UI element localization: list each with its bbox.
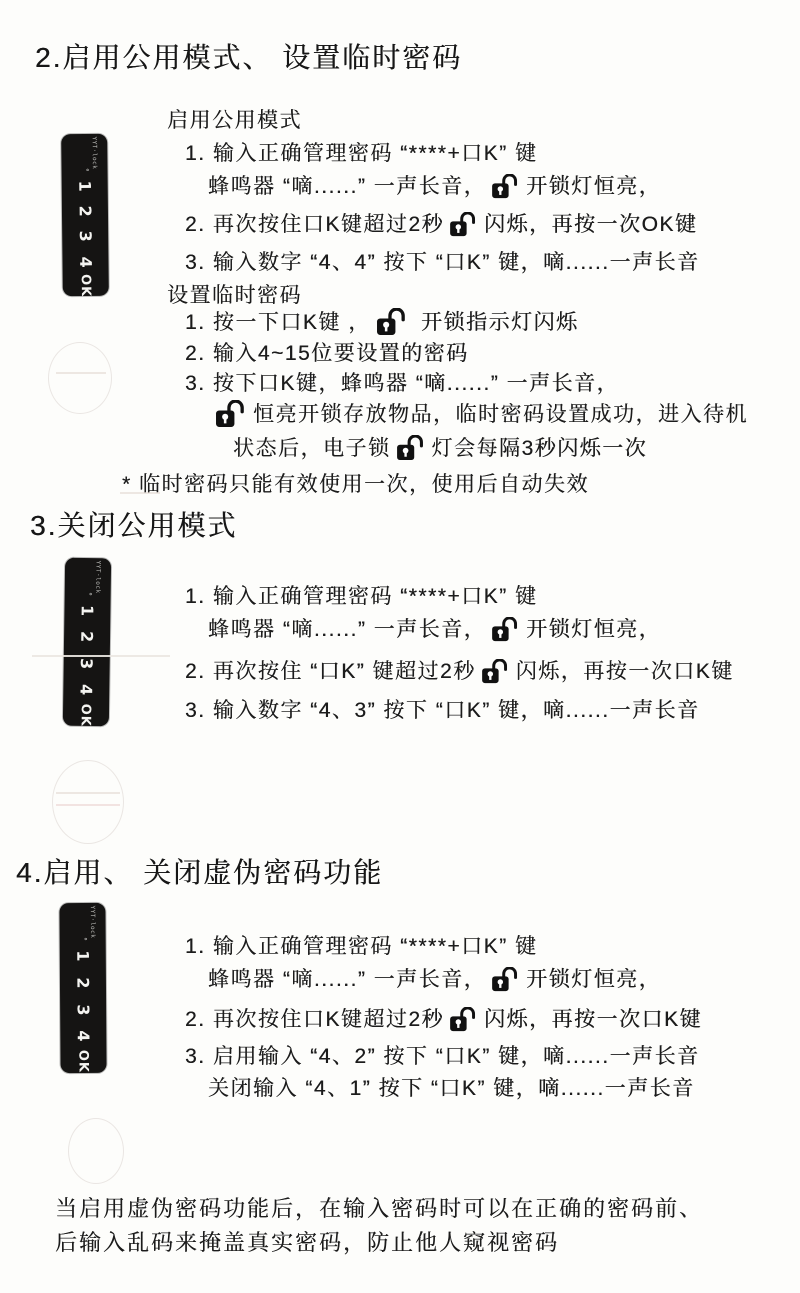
unlock-icon (215, 400, 248, 428)
instruction-line: 2. 再次按住口K键超过2秒 闪烁，再按一次口K键 (185, 1003, 702, 1033)
instruction-line: 2. 再次按住口K键超过2秒 闪烁，再按一次OK键 (185, 208, 697, 238)
instruction-line: 3. 输入数字 “4、4” 按下 “口K” 键，嘀......一声长音 (185, 246, 700, 276)
unlock-icon (491, 174, 521, 199)
instruction-line: 1. 输入正确管理密码 “****+口K” 键 (185, 137, 537, 167)
keypad-dot: ° (79, 937, 87, 940)
keypad-key-ok: OK (75, 274, 96, 297)
subheading-set-temp-password: 设置临时密码 (167, 279, 302, 309)
keypad-key-4: 4 (70, 1031, 97, 1043)
keypad-brand-text: YYT·lock (75, 560, 101, 593)
instruction-line: 3. 启用输入 “4、2” 按下 “口K” 键，嘀......一声长音 (185, 1040, 700, 1070)
keypad-strip: YYT·lock ° 1 2 3 4 OK (61, 134, 109, 296)
instruction-line: 3. 输入数字 “4、3” 按下 “口K” 键，嘀......一声长音 (185, 694, 700, 724)
instruction-line: 1. 输入正确管理密码 “****+口K” 键 (185, 580, 537, 610)
unlock-icon (491, 617, 521, 642)
scan-artifact (56, 372, 106, 374)
instruction-line: 状态后，电子锁 灯会每隔3秒闪烁一次 (233, 432, 647, 462)
keypad-key-4: 4 (73, 256, 98, 268)
keypad-key-ok: OK (72, 1050, 95, 1073)
keypad-key-2: 2 (70, 977, 97, 989)
section-4-title: 4.启用、 关闭虚伪密码功能 (16, 851, 383, 891)
scan-artifact (52, 760, 124, 844)
unlock-icon (376, 308, 409, 336)
unlock-icon (449, 212, 479, 237)
keypad-strip: YYT·lock ° 1 2 3 4 OK (63, 558, 111, 727)
keypad-key-3: 3 (73, 231, 98, 243)
keypad-key-2: 2 (74, 631, 101, 644)
instruction-line: 1. 按一下口K键 ， 开锁指示灯闪烁 (185, 306, 579, 336)
keypad-dot: ° (84, 592, 92, 595)
keypad-brand-text: YYT·lock (71, 136, 97, 169)
keypad-key-4: 4 (73, 684, 100, 697)
footer-note-line: 当启用虚伪密码功能后，在输入密码时可以在正确的密码前、 (55, 1192, 703, 1223)
keypad-key-3: 3 (73, 658, 100, 671)
section-3-title: 3.关闭公用模式 (30, 504, 237, 544)
instruction-line: 关闭输入 “4、1” 按下 “口K” 键，嘀......一声长音 (208, 1072, 695, 1102)
footnote-temp-password: * 临时密码只能有效使用一次，使用后自动失效 (122, 468, 589, 498)
instruction-line: 蜂鸣器 “嘀......” 一声长音， 开锁灯恒亮， (208, 170, 661, 200)
unlock-icon (449, 1007, 479, 1032)
scan-artifact (56, 792, 120, 794)
keypad-brand-text: YYT·lock (69, 905, 95, 938)
instruction-line: 恒亮开锁存放物品，临时密码设置成功，进入待机 (215, 398, 748, 428)
manual-page: 2.启用公用模式、 设置临时密码 YYT·lock ° 1 2 3 4 OK 启… (0, 0, 800, 1293)
unlock-icon (396, 435, 427, 461)
keypad-key-2: 2 (72, 206, 97, 218)
keypad-key-1: 1 (69, 950, 96, 962)
scan-artifact (68, 1118, 124, 1184)
section-2-title: 2.启用公用模式、 设置临时密码 (35, 36, 462, 76)
instruction-line: 2. 输入4~15位要设置的密码 (185, 337, 469, 367)
keypad-key-1: 1 (72, 180, 97, 192)
unlock-icon (491, 967, 521, 992)
keypad-key-1: 1 (74, 605, 101, 618)
scan-artifact (120, 492, 160, 494)
keypad-key-3: 3 (70, 1004, 97, 1016)
scan-artifact (48, 342, 112, 414)
keypad-key-ok: OK (75, 703, 98, 726)
footer-note-line: 后输入乱码来掩盖真实密码，防止他人窥视密码 (55, 1226, 559, 1257)
scan-artifact (56, 804, 120, 806)
keypad-strip: YYT·lock ° 1 2 3 4 OK (59, 903, 106, 1073)
instruction-line: 1. 输入正确管理密码 “****+口K” 键 (185, 930, 537, 960)
subheading-enable-public-mode: 启用公用模式 (167, 104, 302, 134)
instruction-line: 3. 按下口K键，蜂鸣器 “嘀......” 一声长音， (185, 367, 619, 397)
instruction-line: 蜂鸣器 “嘀......” 一声长音， 开锁灯恒亮， (208, 963, 661, 993)
unlock-icon (481, 659, 511, 684)
instruction-line: 蜂鸣器 “嘀......” 一声长音， 开锁灯恒亮， (208, 613, 661, 643)
instruction-line: 2. 再次按住 “口K” 键超过2秒 闪烁，再按一次口K键 (185, 655, 734, 685)
scan-artifact (32, 655, 170, 657)
keypad-dot: ° (81, 168, 89, 171)
